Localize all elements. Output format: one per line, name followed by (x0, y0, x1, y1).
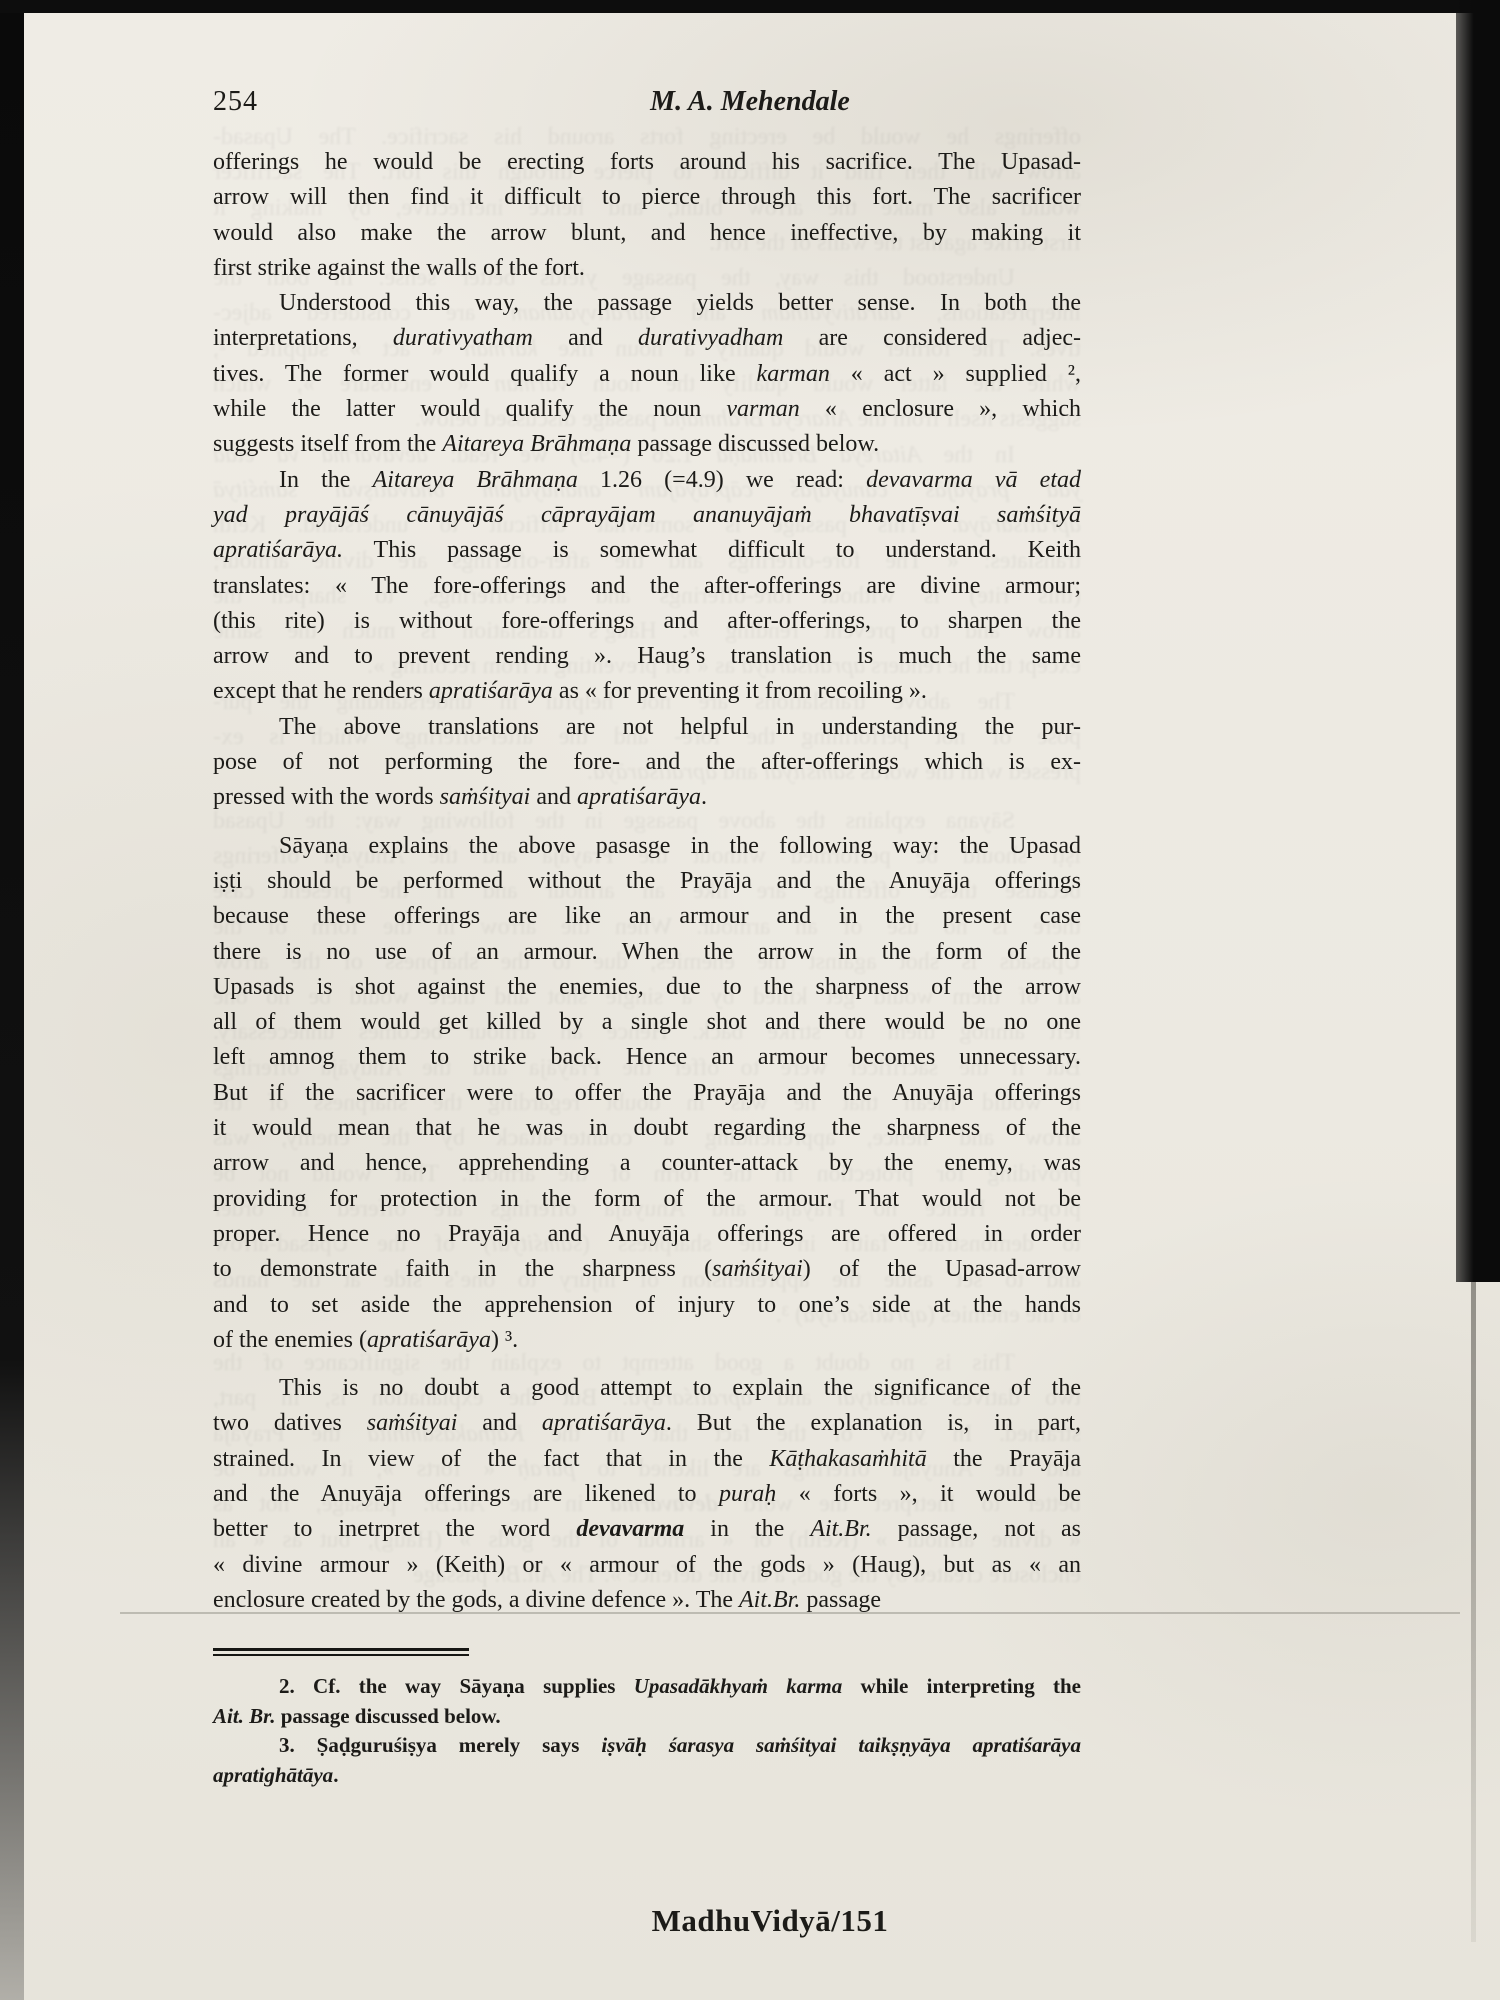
text-line: two datives saṁśityai and apratiśarāya. … (213, 1406, 1081, 1441)
text-line: it would mean that he was in doubt regar… (213, 1111, 1081, 1146)
text-line: iṣṭi should be performed without the Pra… (213, 864, 1081, 899)
footnotes: 2. Cf. the way Sāyaṇa supplies Upasadākh… (213, 1672, 1081, 1790)
footnote-line: apratighātāya. (213, 1761, 1081, 1791)
text-line: offerings he would be erecting forts aro… (213, 145, 1081, 180)
text-line: « divine armour » (Keith) or « armour of… (213, 1548, 1081, 1583)
scan-crease-line (120, 1612, 1460, 1614)
text-line: left amnog them to strike back. Hence an… (213, 1040, 1081, 1075)
text-line: of the enemies (apratiśarāya) ³. (213, 1323, 1081, 1358)
paragraph: This is no doubt a good attempt to expla… (213, 1371, 1081, 1618)
text-line: arrow and to prevent rending ». Haug’s t… (213, 639, 1081, 674)
text-line: But if the sacrificer were to offer the … (213, 1076, 1081, 1111)
scanned-page: offerings he would be erecting forts aro… (0, 0, 1500, 2000)
page-content: 254 M. A. Mehendale offerings he would b… (0, 0, 1500, 2000)
paragraph: offerings he would be erecting forts aro… (213, 145, 1081, 286)
text-line: translates: « The fore-offerings and the… (213, 569, 1081, 604)
text-line: arrow will then find it difficult to pie… (213, 180, 1081, 215)
text-line: except that he renders apratiśarāya as «… (213, 674, 1081, 709)
text-line: there is no use of an armour. When the a… (213, 935, 1081, 970)
text-line: while the latter would qualify the noun … (213, 392, 1081, 427)
paragraph: In the Aitareya Brāhmaṇa 1.26 (=4.9) we … (213, 463, 1081, 710)
footnote: 2. Cf. the way Sāyaṇa supplies Upasadākh… (213, 1672, 1081, 1731)
text-line: strained. In view of the fact that in th… (213, 1442, 1081, 1477)
footnote-line: Ait. Br. passage discussed below. (213, 1702, 1081, 1732)
text-line: This is no doubt a good attempt to expla… (213, 1371, 1081, 1406)
footer-citation: MadhuVidyā/151 (0, 1903, 1500, 1939)
text-line: The above translations are not helpful i… (213, 710, 1081, 745)
text-line: and to set aside the apprehension of inj… (213, 1288, 1081, 1323)
footnote-line: 3. Ṣaḍguruśiṣya merely says iṣvāḥ śarasy… (213, 1731, 1081, 1761)
text-line: all of them would get killed by a single… (213, 1005, 1081, 1040)
text-line: tives. The former would qualify a noun l… (213, 357, 1081, 392)
text-line: Understood this way, the passage yields … (213, 286, 1081, 321)
text-line: pose of not performing the fore- and the… (213, 745, 1081, 780)
footnote: 3. Ṣaḍguruśiṣya merely says iṣvāḥ śarasy… (213, 1731, 1081, 1790)
footnote-rule (213, 1648, 469, 1656)
text-line: Sāyaṇa explains the above pasasge in the… (213, 829, 1081, 864)
text-line: first strike against the walls of the fo… (213, 251, 1081, 286)
text-line: would also make the arrow blunt, and hen… (213, 216, 1081, 251)
footnote-line: 2. Cf. the way Sāyaṇa supplies Upasadākh… (213, 1672, 1081, 1702)
paragraph: The above translations are not helpful i… (213, 710, 1081, 816)
text-line: (this rite) is without fore-offerings an… (213, 604, 1081, 639)
text-line: providing for protection in the form of … (213, 1182, 1081, 1217)
scan-edge-right (1456, 0, 1500, 1282)
running-head: M. A. Mehendale (0, 86, 1500, 118)
text-line: interpretations, durativyatham and durat… (213, 321, 1081, 356)
text-line: to demonstrate faith in the sharpness (s… (213, 1252, 1081, 1287)
text-line: better to inetrpret the word devavarma i… (213, 1512, 1081, 1547)
body-text: offerings he would be erecting forts aro… (213, 145, 1081, 1618)
text-line: arrow and hence, apprehending a counter-… (213, 1146, 1081, 1181)
scan-edge-top (0, 0, 1500, 13)
text-line: suggests itself from the Aitareya Brāhma… (213, 427, 1081, 462)
text-line: and the Anuyāja offerings are likened to… (213, 1477, 1081, 1512)
paragraph: Understood this way, the passage yields … (213, 286, 1081, 462)
text-line: In the Aitareya Brāhmaṇa 1.26 (=4.9) we … (213, 463, 1081, 498)
text-line: because these offerings are like an armo… (213, 899, 1081, 934)
text-line: Upasads is shot against the enemies, due… (213, 970, 1081, 1005)
text-line: proper. Hence no Prayāja and Anuyāja off… (213, 1217, 1081, 1252)
scan-edge-right-tail (1471, 1282, 1476, 1942)
text-line: pressed with the words saṁśityai and apr… (213, 780, 1081, 815)
scan-edge-left (0, 0, 24, 2000)
paragraph: Sāyaṇa explains the above pasasge in the… (213, 829, 1081, 1358)
text-line: apratiśarāya. This passage is somewhat d… (213, 533, 1081, 568)
text-line: yad prayājāś cānuyājāś cāprayājam ananuy… (213, 498, 1081, 533)
